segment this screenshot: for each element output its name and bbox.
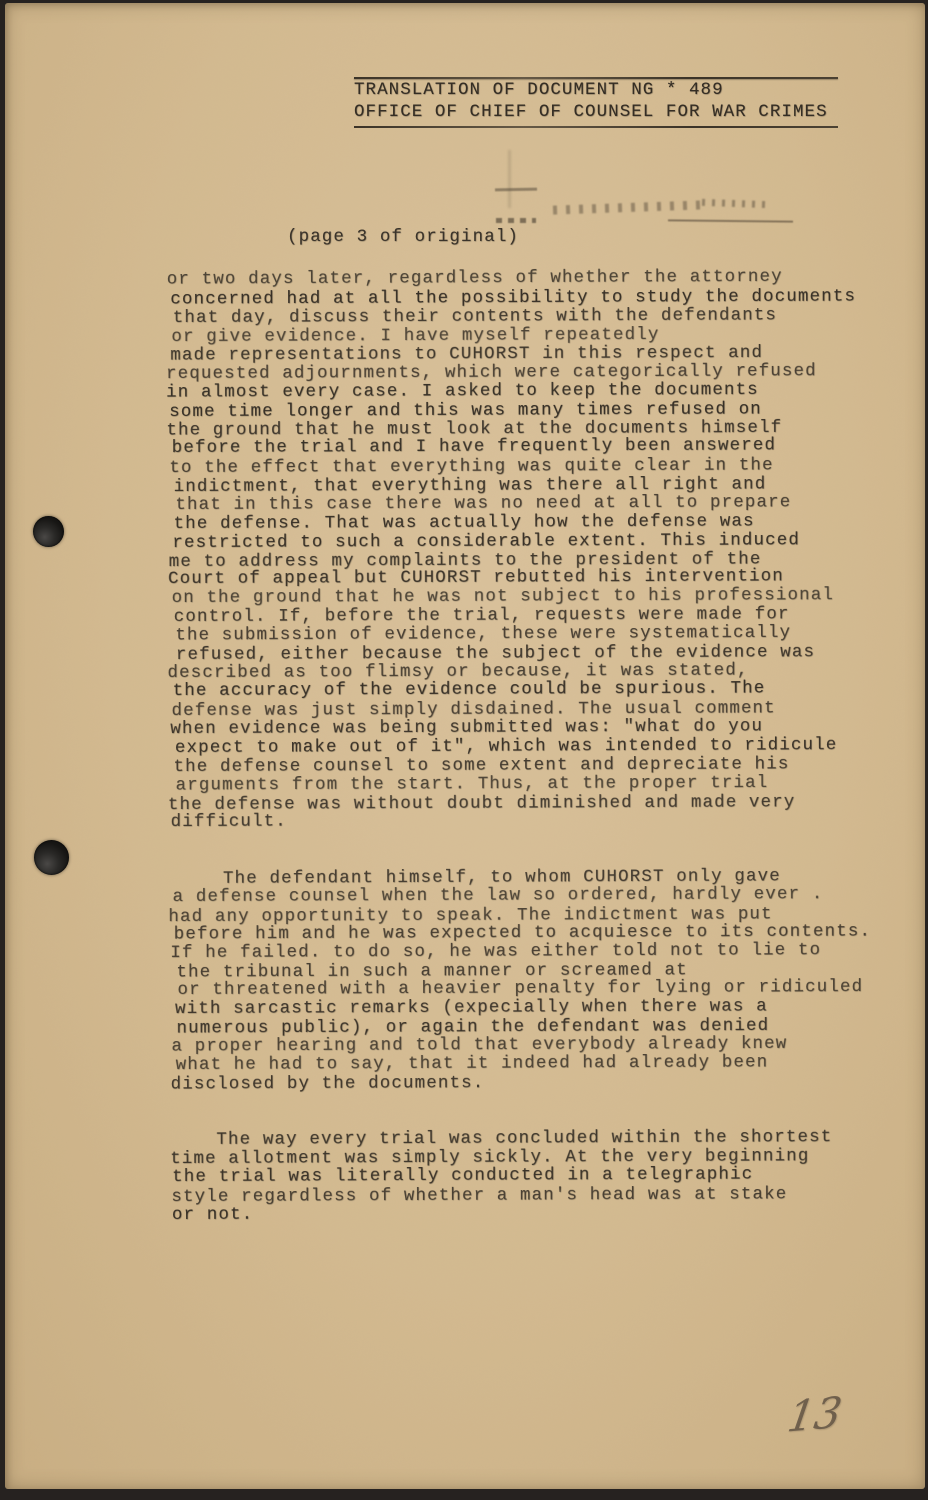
text-line: a defense counsel when the law so ordere… — [173, 885, 885, 907]
paragraph: The way every trial was concluded within… — [174, 1128, 886, 1225]
punch-hole-bottom — [34, 840, 69, 875]
text-line: difficult. — [171, 810, 883, 832]
text-line: the accuracy of the evidence could be sp… — [173, 679, 885, 701]
text-line: in almost every case. I asked to keep th… — [166, 380, 878, 402]
document-body: or two days later, regardless of whether… — [170, 268, 886, 1224]
header-rule-bottom — [354, 126, 838, 128]
punch-hole-top — [33, 516, 64, 547]
header-title-line2: OFFICE OF CHIEF OF COUNSEL FOR WAR CRIME… — [354, 101, 838, 123]
paragraph: The defendant himself, to whom CUHORST o… — [173, 867, 886, 1095]
document-header: TRANSLATION OF DOCUMENT NG * 489 OFFICE … — [354, 77, 838, 128]
text-line: before the trial and I have frequently b… — [172, 436, 884, 458]
text-line: If he failed. to do so, he was either to… — [170, 941, 882, 963]
text-line: or not. — [172, 1203, 884, 1225]
text-line: with sarcastic remarks (expecially when … — [175, 997, 887, 1019]
page-of-original-label: (page 3 of original) — [287, 227, 519, 247]
text-line: disclosed by the documents. — [171, 1072, 883, 1094]
handwritten-page-number: 13 — [784, 1387, 845, 1442]
header-title-line1: TRANSLATION OF DOCUMENT NG * 489 — [354, 79, 838, 101]
paragraph: or two days later, regardless of whether… — [170, 268, 884, 832]
